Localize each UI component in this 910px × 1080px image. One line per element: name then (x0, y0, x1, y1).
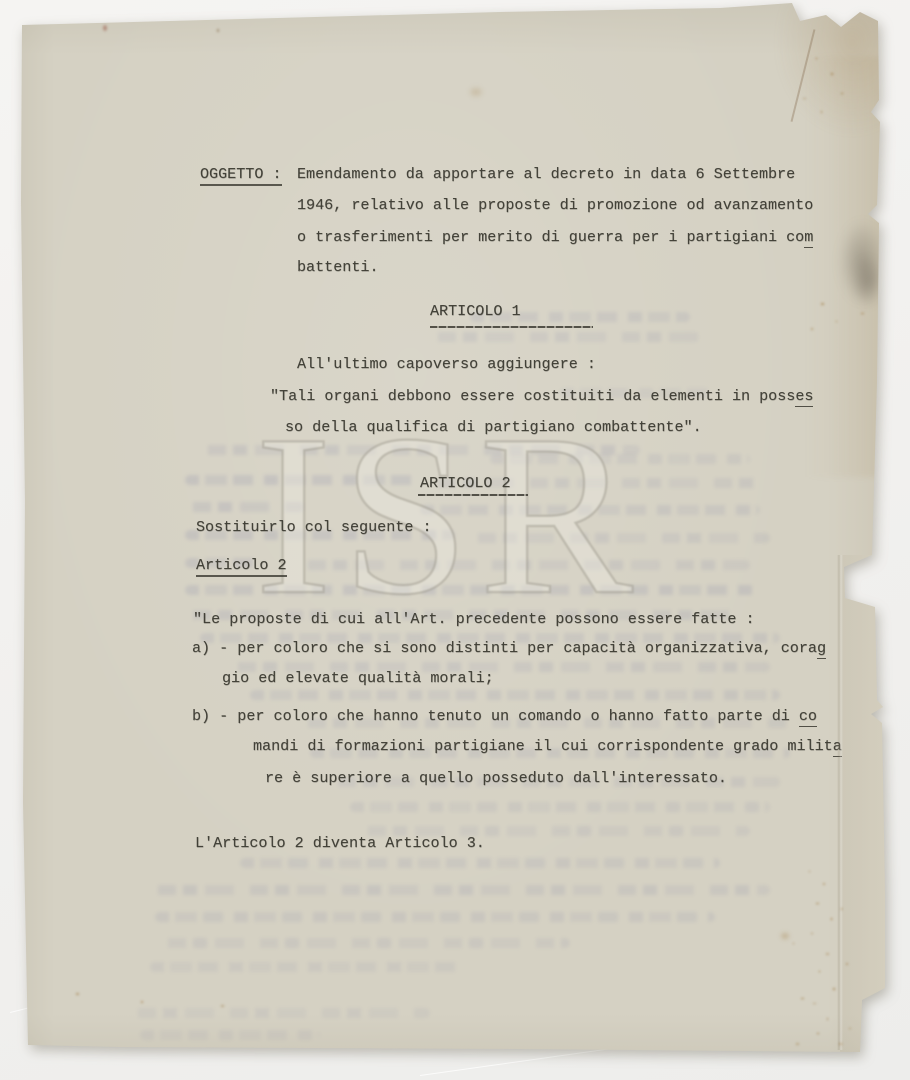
articolo-2-underline (418, 494, 528, 496)
paper-stain (808, 870, 811, 873)
subject-text-line: 1946, relativo alle proposte di promozio… (297, 197, 813, 214)
paper-stain (830, 917, 833, 921)
line-underlined-suffix: m (804, 228, 813, 248)
paper-stain (810, 932, 814, 935)
fold-zone-shading (840, 555, 885, 1052)
paper-stain (795, 1042, 800, 1046)
paper-stain (468, 86, 484, 98)
line-text: mandi di formazioni partigiane il cui co… (253, 737, 833, 755)
paper-stain (816, 1032, 820, 1035)
bleedthrough-text-line (240, 858, 720, 868)
paper-stain (102, 24, 108, 32)
line-text: L'Articolo 2 diventa Articolo 3. (195, 834, 485, 852)
paper-stain (216, 28, 220, 33)
paper-stain (800, 997, 805, 1000)
document-page: ISR OGGETTO : Emendamento da apportare a… (0, 0, 910, 1080)
paper-stain (140, 1000, 144, 1004)
body-line: "Le proposte di cui all'Art. precedente … (193, 611, 755, 628)
subject-text-line: Emendamento da apportare al decreto in d… (297, 166, 795, 183)
line-text: All'ultimo capoverso aggiungere : (297, 355, 596, 373)
scanner-background: ISR OGGETTO : Emendamento da apportare a… (0, 0, 910, 1080)
paper-stain (812, 1002, 817, 1005)
line-underlined-suffix: g (817, 639, 826, 659)
right-edge-discoloration (805, 57, 883, 477)
paper-stain (780, 932, 790, 940)
line-text: b) - per coloro che hanno tenuto un coma… (192, 707, 799, 725)
bleedthrough-text-line (150, 885, 770, 895)
articolo-2-sublabel: Articolo 2 (196, 557, 287, 574)
bleedthrough-text-line (150, 962, 460, 972)
line-text: 1946, relativo alle proposte di promozio… (297, 196, 813, 214)
bleedthrough-text-line (160, 938, 570, 948)
paper-stain (826, 1017, 829, 1021)
line-text: gio ed elevate qualità morali; (222, 669, 494, 687)
articolo-1-underline (430, 326, 593, 328)
subject-label: OGGETTO : (200, 166, 282, 183)
line-text: o trasferimenti per merito di guerra per… (297, 228, 804, 246)
paper-stain (818, 970, 821, 973)
line-text: ARTICOLO 2 (420, 474, 511, 492)
line-text: battenti. (297, 258, 379, 276)
bleedthrough-text-line (430, 332, 700, 342)
body-line: so della qualifica di partigiano combatt… (285, 419, 702, 436)
line-text: a) - per coloro che si sono distinti per… (192, 639, 817, 657)
bleedthrough-text-line (130, 1008, 430, 1018)
line-text: Emendamento da apportare al decreto in d… (297, 165, 795, 183)
list-item-a-line: gio ed elevate qualità morali; (222, 670, 494, 687)
body-line: Sostituirlo col seguente : (196, 519, 432, 536)
bleedthrough-text-line (350, 802, 770, 812)
articolo-1-heading: ARTICOLO 1 (430, 303, 521, 320)
line-text: so della qualifica di partigiano combatt… (285, 418, 702, 436)
subject-text-line: battenti. (297, 259, 379, 276)
subject-text-line: o trasferimenti per merito di guerra per… (297, 229, 813, 246)
line-text: OGGETTO : (200, 165, 282, 186)
list-item-a-line: a) - per coloro che si sono distinti per… (192, 640, 826, 657)
list-item-b-line: mandi di formazioni partigiane il cui co… (253, 738, 842, 755)
paper-stain (832, 987, 836, 991)
paper-stain (825, 952, 830, 956)
bleedthrough-text-line (140, 1030, 320, 1040)
articolo-2-heading: ARTICOLO 2 (420, 475, 511, 492)
paper-stain (792, 942, 795, 945)
vertical-crease (837, 555, 843, 1050)
line-text: "Tali organi debbono essere costituiti d… (270, 387, 795, 405)
line-underlined-suffix: co (799, 707, 817, 727)
paper-stain (75, 992, 80, 996)
line-text: re è superiore a quello posseduto dall'i… (265, 769, 727, 787)
paper-stain (815, 902, 820, 905)
list-item-b-line: b) - per coloro che hanno tenuto un coma… (192, 708, 817, 725)
bleedthrough-text-line (155, 912, 715, 922)
paper-stain (822, 882, 826, 886)
line-text: "Le proposte di cui all'Art. precedente … (193, 610, 755, 628)
bleedthrough-text-line (250, 690, 780, 700)
body-line: All'ultimo capoverso aggiungere : (297, 356, 596, 373)
line-text: Articolo 2 (196, 556, 287, 577)
line-text: Sostituirlo col seguente : (196, 518, 432, 536)
line-underlined-suffix: es (795, 387, 813, 407)
list-item-b-line: re è superiore a quello posseduto dall'i… (265, 770, 727, 787)
closing-line: L'Articolo 2 diventa Articolo 3. (195, 835, 485, 852)
paper-sheet: ISR OGGETTO : Emendamento da apportare a… (20, 2, 888, 1056)
line-text: ARTICOLO 1 (430, 302, 521, 320)
body-line: "Tali organi debbono essere costituiti d… (270, 388, 813, 405)
